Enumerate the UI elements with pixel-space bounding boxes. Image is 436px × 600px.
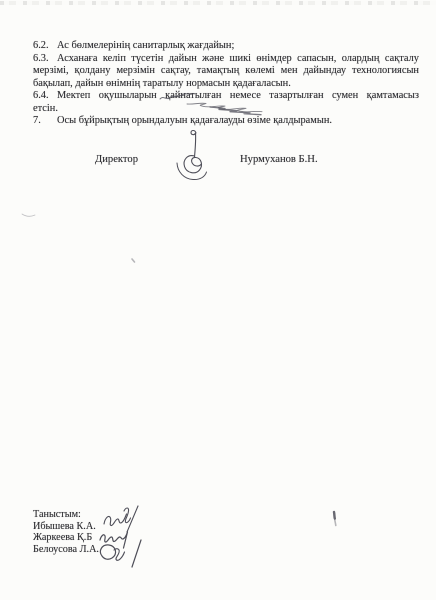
document-page: 6.2.Ас бөлмелерінің санитарлық жағдайын;… (0, 0, 436, 600)
ink-mark (330, 510, 338, 530)
acknowledgement-signatures (88, 498, 154, 582)
scan-specks (0, 0, 200, 300)
signoff-name: Нурмуханов Б.Н. (240, 154, 318, 165)
